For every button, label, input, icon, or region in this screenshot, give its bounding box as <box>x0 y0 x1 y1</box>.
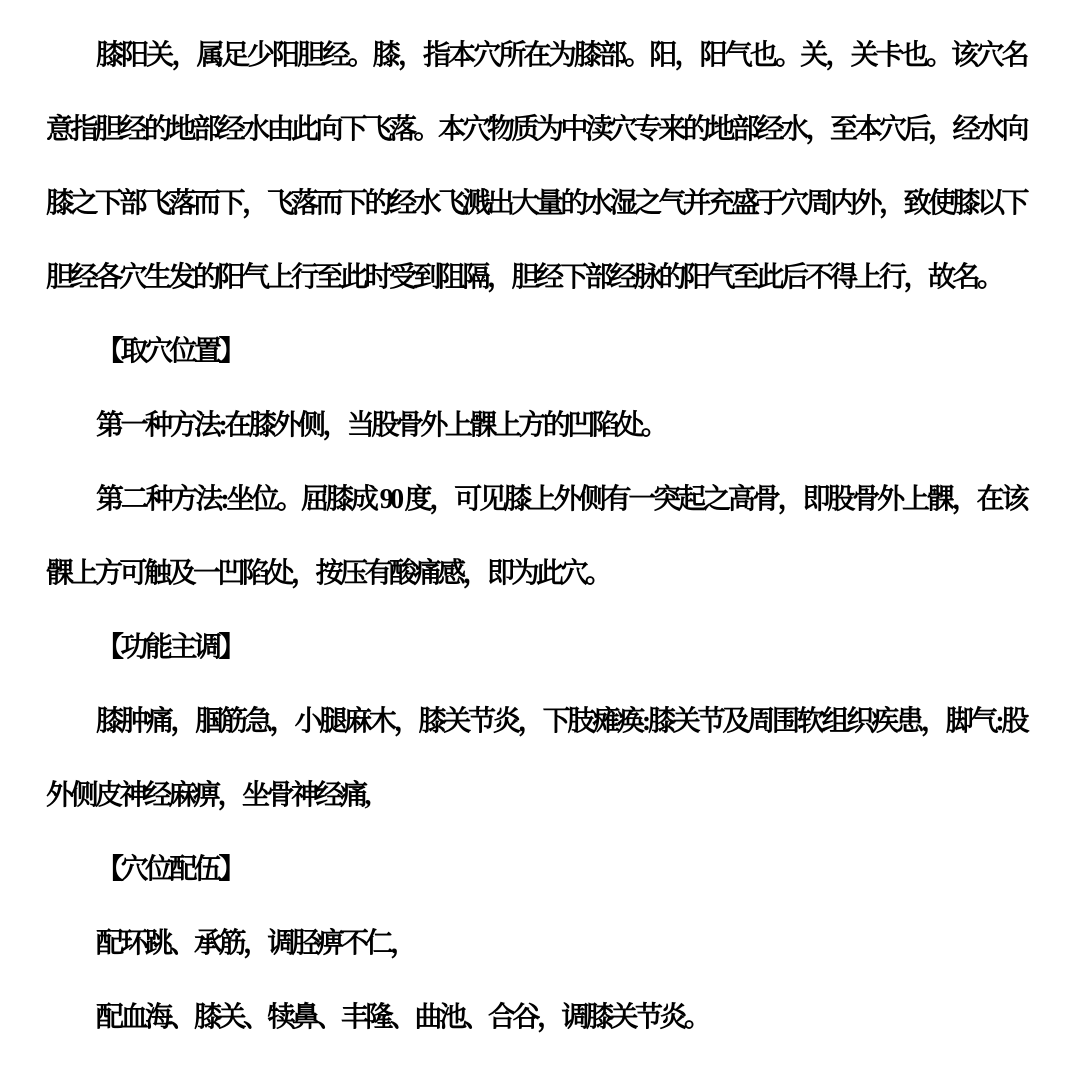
paragraph-name-origin: 膝阳关，属足少阳胆经。膝，指本穴所在为膝部。阳，阳气也。关，关卡也。该穴名意指胆… <box>46 19 1026 315</box>
document-page: 膝阳关，属足少阳胆经。膝，指本穴所在为膝部。阳，阳气也。关，关卡也。该穴名意指胆… <box>0 0 1080 1083</box>
paragraph-combination-2: 配血海、膝关、犊鼻、丰隆、曲池、合谷，调膝关节炎。 <box>46 981 1026 1055</box>
section-heading-functions: 【功能主调】 <box>46 611 1026 685</box>
paragraph-location-method-1: 第一种方法:在膝外侧，当股骨外上髁上方的凹陷处。 <box>46 389 1026 463</box>
section-heading-point-combinations: 【穴位配伍】 <box>46 833 1026 907</box>
section-heading-point-location: 【取穴位置】 <box>46 315 1026 389</box>
paragraph-combination-1: 配环跳、承筋，调胫痹不仁， <box>46 907 1026 981</box>
paragraph-location-method-2: 第二种方法:坐位。屈膝成 90 度，可见膝上外侧有一突起之高骨，即股骨外上髁，在… <box>46 463 1026 611</box>
paragraph-indications: 膝肿痛，腘筋急，小腿麻木，膝关节炎，下肢瘫痪:膝关节及周围软组织疾患，脚气:股外… <box>46 685 1026 833</box>
